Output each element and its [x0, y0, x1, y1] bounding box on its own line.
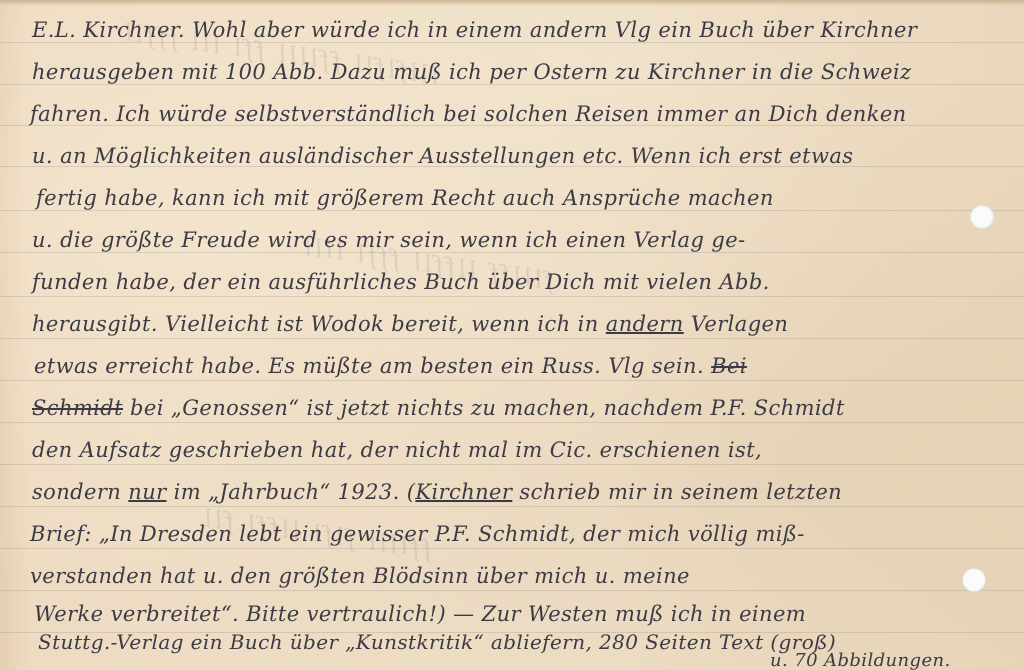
ruled-line: [0, 464, 1024, 465]
ruled-line: [0, 506, 1024, 507]
handwritten-line-1: E.L. Kirchner. Wohl aber würde ich in ei…: [32, 18, 917, 42]
handwritten-line-13: Brief: „In Dresden lebt ein gewisser P.F…: [30, 522, 805, 546]
handwritten-line-2: herausgeben mit 100 Abb. Dazu muß ich pe…: [32, 60, 911, 84]
punch-hole-upper: [970, 205, 994, 229]
ruled-line: [0, 548, 1024, 549]
line-12-tail: schrieb mir in seinem letzten: [512, 480, 842, 504]
handwritten-line-4: u. an Möglichkeiten ausländischer Ausste…: [32, 144, 853, 168]
ruled-line: [0, 338, 1024, 339]
line-8-text: herausgibt. Vielleicht ist Wodok bereit,…: [32, 312, 599, 336]
handwritten-line-8: herausgibt. Vielleicht ist Wodok bereit,…: [32, 312, 788, 336]
line-12-mid: im „Jahrbuch“ 1923. (: [167, 480, 416, 504]
line-12-text: sondern: [32, 480, 121, 504]
ruled-line: [0, 210, 1024, 211]
letter-page: lllflfll ffllll ffl lll fffll flllff llf…: [0, 0, 1024, 670]
handwritten-line-17: u. 70 Abbildungen.: [770, 650, 951, 670]
struck-word-schmidt: Schmidt: [32, 396, 123, 420]
handwritten-line-3: fahren. Ich würde selbstverständlich bei…: [30, 102, 907, 126]
ruled-line: [0, 252, 1024, 253]
underlined-word-andern: andern: [606, 312, 684, 336]
ruled-line: [0, 84, 1024, 85]
handwritten-line-6: u. die größte Freude wird es mir sein, w…: [32, 228, 746, 252]
ruled-line: [0, 296, 1024, 297]
handwritten-line-16: Stuttg.-Verlag ein Buch über „Kunstkriti…: [38, 630, 836, 654]
underlined-word-nur: nur: [128, 480, 166, 504]
handwritten-line-15: Werke verbreitet“. Bitte vertraulich!) —…: [34, 602, 806, 626]
punch-hole-lower: [962, 568, 986, 592]
handwritten-line-14: verstanden hat u. den größten Blödsinn ü…: [30, 564, 690, 588]
handwritten-line-9: etwas erreicht habe. Es müßte am besten …: [34, 354, 747, 378]
handwritten-line-10: Schmidt bei „Genossen“ ist jetzt nichts …: [32, 396, 845, 420]
paper-top-edge: [0, 0, 1024, 6]
struck-word-bei: Bei: [711, 354, 747, 378]
line-8-tail: Verlagen: [684, 312, 789, 336]
handwritten-line-12: sondern nur im „Jahrbuch“ 1923. (Kirchne…: [32, 480, 842, 504]
ruled-line: [0, 590, 1024, 591]
handwritten-line-7: funden habe, der ein ausführliches Buch …: [32, 270, 770, 294]
underlined-word-kirchner: Kirchner: [415, 480, 512, 504]
ruled-line: [0, 422, 1024, 423]
handwritten-line-5: fertig habe, kann ich mit größerem Recht…: [36, 186, 774, 210]
handwritten-line-11: den Aufsatz geschrieben hat, der nicht m…: [32, 438, 762, 462]
line-10-text: bei „Genossen“ ist jetzt nichts zu mache…: [123, 396, 845, 420]
line-9-text: etwas erreicht habe. Es müßte am besten …: [34, 354, 704, 378]
ruled-line: [0, 380, 1024, 381]
